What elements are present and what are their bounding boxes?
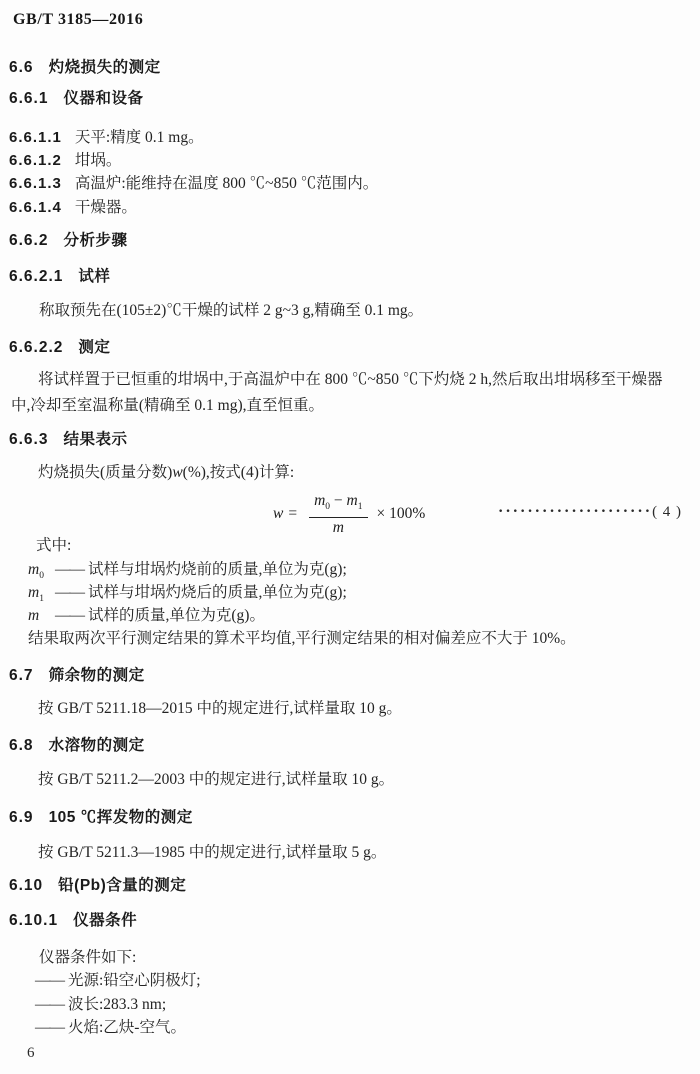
definition-dash: —— [55,584,84,601]
equation-number: ( 4 ) [652,504,682,520]
minus-sign: − [334,492,343,509]
fraction-numerator: m0 − m1 [309,492,367,518]
symbol-base: m [28,607,39,624]
section-number: 6.6 [9,59,34,76]
symbol-base: m [28,584,39,601]
section-title: 仪器条件 [73,912,137,929]
bullet-dash: —— [35,1019,64,1036]
variable-m1: m [347,492,358,509]
fraction: m0 − m1 m [309,492,367,536]
fraction-denominator: m [333,518,344,536]
section-title: 分析步骤 [63,232,127,249]
page-number: 6 [27,1042,35,1064]
section-heading-6-6-2-2: 6.6.2.2测定 [9,337,110,359]
section-number: 6.6.3 [9,431,48,448]
paragraph-precision-note: 结果取两次平行测定结果的算术平均值,平行测定结果的相对偏差应不大于 10%。 [28,628,576,650]
section-heading-6-10: 6.10铅(Pb)含量的测定 [9,875,186,897]
section-heading-6-6-2-1: 6.6.2.1试样 [9,266,110,288]
bullet-wavelength: ——波长:283.3 nm; [35,994,166,1016]
section-heading-6-6-2: 6.6.2分析步骤 [9,230,128,252]
clause-text: 坩埚。 [75,152,122,169]
section-title: 105 ℃挥发物的测定 [49,809,193,826]
symbol-sub: 1 [39,594,44,604]
section-number: 6.6.2 [9,232,48,249]
paragraph-determination-line2: 中,冷却至室温称量(精确至 0.1 mg),直至恒重。 [11,395,324,417]
section-number: 6.6.1 [9,90,48,107]
bullet-flame: ——火焰:乙炔-空气。 [35,1017,186,1039]
section-number: 6.6.2.2 [9,339,63,356]
clause-text: 高温炉:能维持在温度 800 ℃~850 ℃范围内。 [75,175,378,192]
subscript-1: 1 [358,502,363,512]
standard-document-page: GB/T 3185—2016 6.6灼烧损失的测定 6.6.1仪器和设备 6.6… [0,0,700,1074]
section-title: 筛余物的测定 [49,667,145,684]
section-heading-6-6-3: 6.6.3结果表示 [9,429,128,451]
section-heading-6-7: 6.7筛余物的测定 [9,665,145,687]
section-number: 6.6.2.1 [9,268,63,285]
section-number: 6.10 [9,877,43,894]
paragraph-volatile-105: 按 GB/T 5211.3—1985 中的规定进行,试样量取 5 g。 [38,842,386,864]
section-title: 铅(Pb)含量的测定 [58,877,186,894]
times-100-percent: × 100% [377,503,426,525]
section-title: 试样 [78,268,110,285]
symbol-base: m [28,561,39,578]
clause-number: 6.6.1.3 [9,175,62,192]
paragraph-determination-line1: 将试样置于已恒重的坩埚中,于高温炉中在 800 ℃~850 ℃下灼烧 2 h,然… [38,369,663,391]
definition-text: 试样与坩埚灼烧前的质量,单位为克(g); [88,561,347,578]
section-title: 仪器和设备 [63,90,143,107]
clause-6-6-1-3: 6.6.1.3高温炉:能维持在温度 800 ℃~850 ℃范围内。 [9,173,378,195]
section-heading-6-6: 6.6灼烧损失的测定 [9,57,161,79]
bullet-text: 波长:283.3 nm; [68,996,166,1013]
section-number: 6.9 [9,809,34,826]
bullet-text: 火焰:乙炔-空气。 [68,1019,186,1036]
paragraph-text: 灼烧损失(质量分数) [38,464,172,481]
section-number: 6.7 [9,667,34,684]
paragraph-text: (%),按式(4)计算: [183,464,295,481]
bullet-dash: —— [35,996,64,1013]
definition-text: 试样的质量,单位为克(g)。 [88,607,265,624]
bullet-dash: —— [35,972,64,989]
equation-4: w = m0 − m1 m × 100% [273,492,425,536]
section-heading-6-8: 6.8水溶物的测定 [9,735,145,757]
paragraph-water-soluble: 按 GB/T 5211.2—2003 中的规定进行,试样量取 10 g。 [38,769,394,791]
clause-number: 6.6.1.1 [9,129,62,146]
section-heading-6-9: 6.9105 ℃挥发物的测定 [9,807,193,829]
paragraph-instrument-conditions: 仪器条件如下: [39,947,136,969]
variable-m0: m [314,492,325,509]
section-number: 6.10.1 [9,912,58,929]
definition-dash: —— [55,607,84,624]
bullet-light-source: ——光源:铅空心阴极灯; [35,970,201,992]
paragraph-sieve-residue: 按 GB/T 5211.18—2015 中的规定进行,试样量取 10 g。 [38,698,402,720]
paragraph-sample: 称取预先在(105±2)℃干燥的试样 2 g~3 g,精确至 0.1 mg。 [39,300,423,322]
equals-sign: = [288,503,297,525]
document-code-header: GB/T 3185—2016 [13,9,143,31]
formula-lhs-variable: w [273,503,283,525]
section-title: 水溶物的测定 [49,737,145,754]
where-intro: 式中: [36,535,71,557]
section-heading-6-10-1: 6.10.1仪器条件 [9,910,137,932]
definition-text: 试样与坩埚灼烧后的质量,单位为克(g); [88,584,347,601]
equation-leader: ·····················( 4 ) [498,501,682,523]
clause-number: 6.6.1.4 [9,199,62,216]
clause-text: 天平:精度 0.1 mg。 [75,129,204,146]
clause-number: 6.6.1.2 [9,152,62,169]
clause-6-6-1-4: 6.6.1.4干燥器。 [9,197,137,219]
definition-dash: —— [55,561,84,578]
clause-6-6-1-2: 6.6.1.2坩埚。 [9,150,121,172]
section-title: 测定 [78,339,110,356]
section-heading-6-6-1: 6.6.1仪器和设备 [9,88,144,110]
section-title: 灼烧损失的测定 [49,59,161,76]
section-title: 结果表示 [63,431,127,448]
dotted-leader: ····················· [498,503,652,520]
section-number: 6.8 [9,737,34,754]
paragraph-result-expression: 灼烧损失(质量分数)w(%),按式(4)计算: [38,462,294,484]
clause-6-6-1-1: 6.6.1.1天平:精度 0.1 mg。 [9,127,204,149]
symbol-sub: 0 [39,571,44,581]
subscript-0: 0 [325,502,330,512]
clause-text: 干燥器。 [75,199,137,216]
variable-w: w [172,464,182,481]
bullet-text: 光源:铅空心阴极灯; [68,972,201,989]
